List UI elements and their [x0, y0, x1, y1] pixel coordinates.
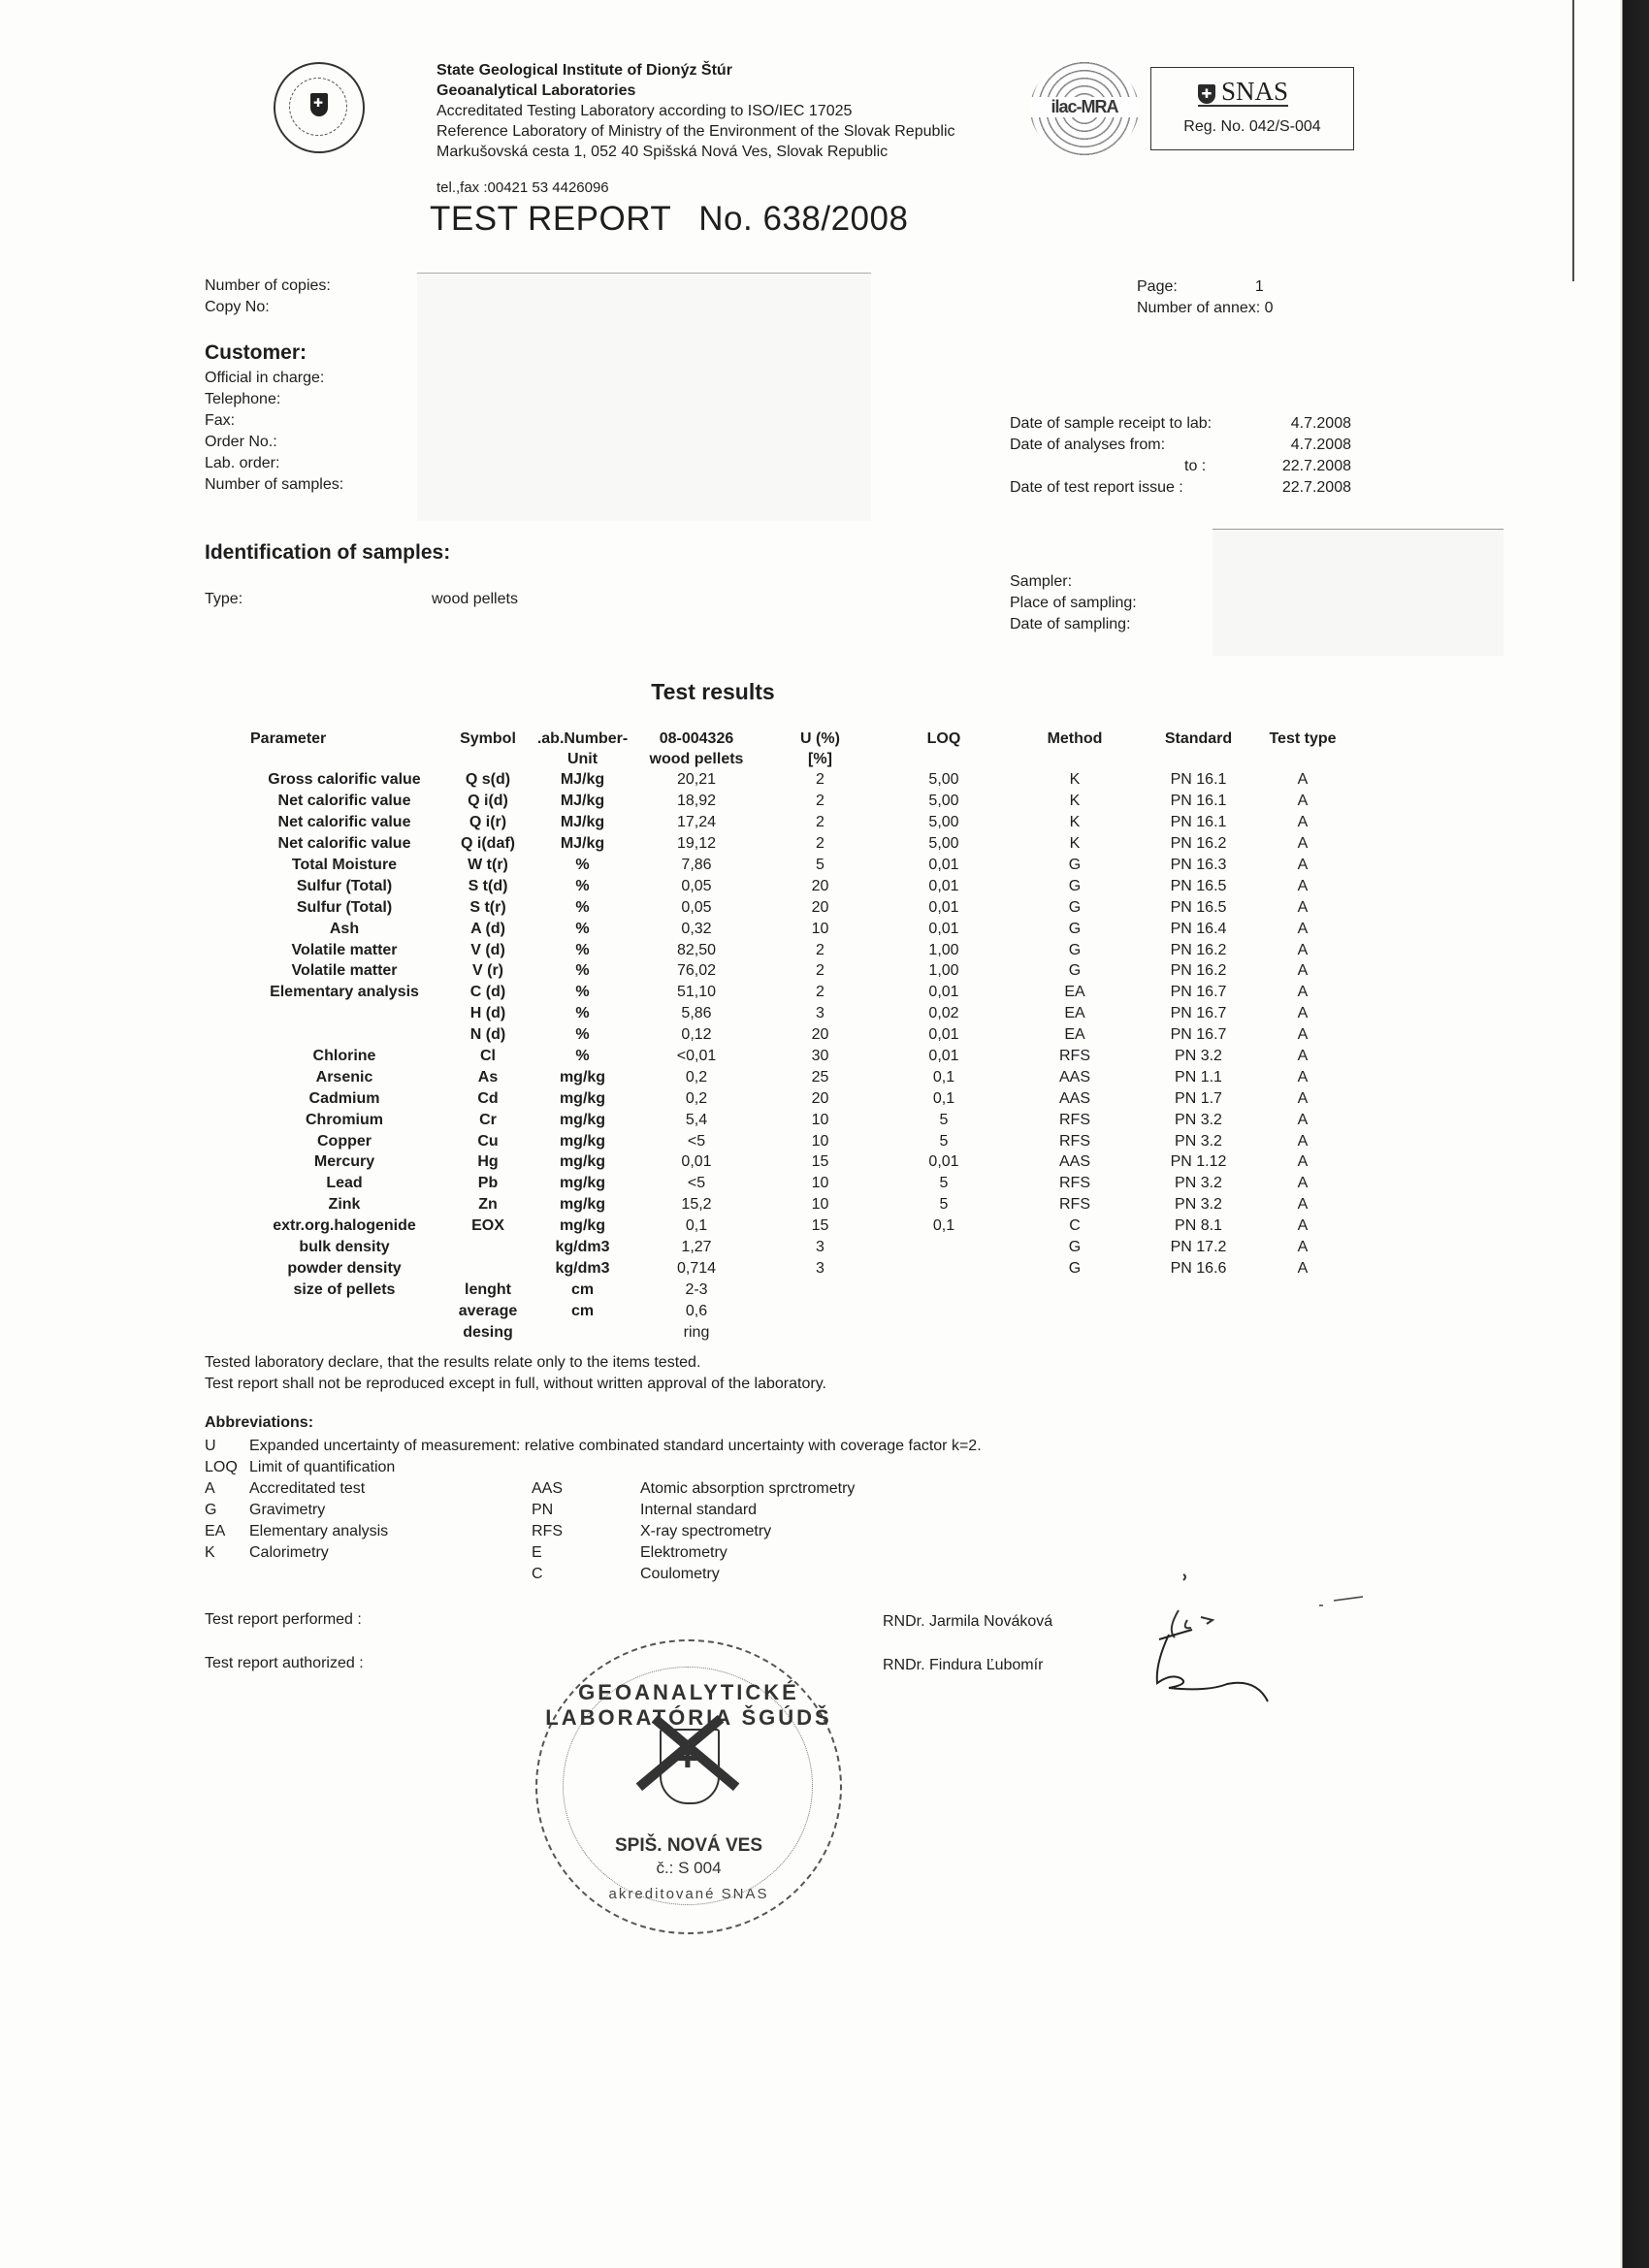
- declaration-line: Tested laboratory declare, that the resu…: [205, 1352, 826, 1374]
- cell-parameter: Total Moisture: [244, 855, 444, 876]
- cell-u: [760, 1279, 881, 1300]
- cell-loq: 1,00: [881, 960, 1007, 982]
- cell-value: 20,21: [633, 769, 760, 791]
- cell-unit: mg/kg: [532, 1066, 633, 1087]
- abbreviation-key: E: [532, 1542, 640, 1564]
- institute-line: Geoanalytical Laboratories: [436, 81, 955, 101]
- cell-value: 0,6: [633, 1300, 760, 1321]
- cell-test-type: A: [1254, 896, 1351, 918]
- snas-reg-number: Reg. No. 042/S-004: [1151, 118, 1353, 136]
- date-label: Date of test report issue :: [1010, 477, 1183, 499]
- cell-standard: PN 1.12: [1143, 1151, 1254, 1173]
- table-header-row: Parameter Symbol .ab.Number-Unit 08-0043…: [244, 729, 1351, 769]
- institute-line: Accreditated Testing Laboratory accordin…: [436, 101, 955, 121]
- date-label: to :: [1010, 456, 1206, 477]
- table-row: Total MoistureW t(r)%7,8650,01GPN 16.3A: [244, 855, 1351, 876]
- cell-method: [1007, 1279, 1143, 1300]
- table-row: CopperCumg/kg<5105RFSPN 3.2A: [244, 1130, 1351, 1151]
- table-row: Gross calorific valueQ s(d)MJ/kg20,2125,…: [244, 769, 1351, 791]
- abbreviation-item: PNInternal standard: [532, 1500, 855, 1521]
- cell-standard: PN 16.1: [1143, 812, 1254, 833]
- table-row: CadmiumCdmg/kg0,2200,1AASPN 1.7A: [244, 1087, 1351, 1109]
- cell-symbol: Q i(d): [444, 791, 532, 812]
- type-label: Type:: [205, 591, 242, 608]
- cell-unit: mg/kg: [532, 1087, 633, 1109]
- sampler-field-label: Sampler:: [1010, 571, 1137, 593]
- cell-u: 25: [760, 1066, 881, 1087]
- institute-seal-icon: [274, 62, 365, 153]
- cell-loq: 5: [881, 1173, 1007, 1194]
- cell-parameter: Net calorific value: [244, 791, 444, 812]
- cell-u: 20: [760, 896, 881, 918]
- cell-loq: 0,1: [881, 1215, 1007, 1237]
- cell-standard: PN 16.6: [1143, 1257, 1254, 1279]
- table-row: size of pelletslenghtcm2-3: [244, 1279, 1351, 1300]
- table-row: Sulfur (Total)S t(r)%0,05200,01GPN 16.5A: [244, 896, 1351, 918]
- cell-method: K: [1007, 769, 1143, 791]
- table-row: H (d)%5,8630,02EAPN 16.7A: [244, 1003, 1351, 1024]
- report-number: No. 638/2008: [698, 200, 908, 238]
- cell-parameter: Chlorine: [244, 1046, 444, 1067]
- ilac-mra-logo-icon: ilac-MRA: [1030, 60, 1139, 157]
- cell-method: G: [1007, 1237, 1143, 1258]
- table-row: ZinkZnmg/kg15,2105RFSPN 3.2A: [244, 1194, 1351, 1215]
- cell-symbol: H (d): [444, 1003, 532, 1024]
- cell-value: 19,12: [633, 833, 760, 855]
- cell-method: AAS: [1007, 1066, 1143, 1087]
- cell-standard: PN 1.1: [1143, 1066, 1254, 1087]
- table-row: AshA (d)%0,32100,01GPN 16.4A: [244, 918, 1351, 939]
- cell-parameter: Arsenic: [244, 1066, 444, 1087]
- cell-test-type: A: [1254, 875, 1351, 896]
- cell-symbol: V (r): [444, 960, 532, 982]
- cell-standard: PN 3.2: [1143, 1046, 1254, 1067]
- cell-unit: mg/kg: [532, 1215, 633, 1237]
- cell-parameter: [244, 1024, 444, 1046]
- cell-value: 17,24: [633, 812, 760, 833]
- redacted-sampler-details: [1212, 529, 1503, 656]
- sampler-field-label: Date of sampling:: [1010, 614, 1137, 635]
- abbreviation-key: K: [205, 1542, 249, 1564]
- cell-value: 5,4: [633, 1109, 760, 1130]
- cell-u: 20: [760, 1024, 881, 1046]
- cell-unit: [532, 1321, 633, 1343]
- cell-symbol: Cu: [444, 1130, 532, 1151]
- cell-standard: PN 16.7: [1143, 1024, 1254, 1046]
- cell-unit: mg/kg: [532, 1194, 633, 1215]
- cell-loq: [881, 1257, 1007, 1279]
- cell-symbol: Q i(daf): [444, 833, 532, 855]
- cell-unit: mg/kg: [532, 1173, 633, 1194]
- cell-value: 0,01: [633, 1151, 760, 1173]
- cell-method: G: [1007, 1257, 1143, 1279]
- cell-value: 0,1: [633, 1215, 760, 1237]
- cell-test-type: A: [1254, 1024, 1351, 1046]
- cell-u: 10: [760, 1130, 881, 1151]
- cell-u: 15: [760, 1215, 881, 1237]
- stamp-city: SPIŠ. NOVÁ VES: [537, 1835, 840, 1857]
- cell-unit: mg/kg: [532, 1109, 633, 1130]
- table-row: MercuryHgmg/kg0,01150,01AASPN 1.12A: [244, 1151, 1351, 1173]
- cell-method: EA: [1007, 982, 1143, 1003]
- cell-method: G: [1007, 896, 1143, 918]
- cell-symbol: Zn: [444, 1194, 532, 1215]
- cell-symbol: A (d): [444, 918, 532, 939]
- cell-value: 0,05: [633, 875, 760, 896]
- abbreviation-text: Coulometry: [640, 1566, 720, 1582]
- cell-u: 2: [760, 791, 881, 812]
- cell-loq: 0,01: [881, 896, 1007, 918]
- cell-loq: 5: [881, 1194, 1007, 1215]
- abbreviation-key: A: [205, 1478, 249, 1500]
- test-results-table: Parameter Symbol .ab.Number-Unit 08-0043…: [244, 729, 1351, 1343]
- abbreviations-right: AASAtomic absorption sprctrometryPNInter…: [532, 1478, 855, 1585]
- cell-unit: kg/dm3: [532, 1237, 633, 1258]
- cell-symbol: Pb: [444, 1173, 532, 1194]
- cell-loq: [881, 1279, 1007, 1300]
- col-method: Method: [1007, 729, 1143, 769]
- scan-artifact-line: [1572, 0, 1574, 281]
- cell-standard: PN 17.2: [1143, 1237, 1254, 1258]
- table-row: bulk densitykg/dm31,273GPN 17.2A: [244, 1237, 1351, 1258]
- institute-header: State Geological Institute of Dionýz Štú…: [436, 60, 955, 162]
- cell-parameter: Elementary analysis: [244, 982, 444, 1003]
- cell-method: K: [1007, 833, 1143, 855]
- cell-test-type: A: [1254, 1215, 1351, 1237]
- cell-standard: [1143, 1321, 1254, 1343]
- cell-loq: [881, 1237, 1007, 1258]
- cell-loq: 0,01: [881, 875, 1007, 896]
- cell-parameter: extr.org.halogenide: [244, 1215, 444, 1237]
- table-row: Volatile matterV (d)%82,5021,00GPN 16.2A: [244, 939, 1351, 960]
- cell-parameter: bulk density: [244, 1237, 444, 1258]
- report-title: TEST REPORTNo. 638/2008: [430, 200, 908, 239]
- cell-symbol: Cd: [444, 1087, 532, 1109]
- cell-u: 2: [760, 939, 881, 960]
- cell-symbol: V (d): [444, 939, 532, 960]
- table-row: ChromiumCrmg/kg5,4105RFSPN 3.2A: [244, 1109, 1351, 1130]
- cell-test-type: A: [1254, 982, 1351, 1003]
- cell-standard: PN 3.2: [1143, 1194, 1254, 1215]
- slovak-coat-of-arms-icon: [660, 1729, 720, 1804]
- abbreviation-key: LOQ: [205, 1457, 249, 1478]
- abbreviations-long: UExpanded uncertainty of measurement: re…: [205, 1436, 982, 1478]
- cell-method: C: [1007, 1215, 1143, 1237]
- cell-parameter: Ash: [244, 918, 444, 939]
- cell-test-type: [1254, 1321, 1351, 1343]
- cell-loq: 0,01: [881, 982, 1007, 1003]
- cell-unit: %: [532, 939, 633, 960]
- abbreviation-text: Accreditated test: [249, 1480, 365, 1497]
- cell-parameter: Lead: [244, 1173, 444, 1194]
- table-row: Volatile matterV (r)%76,0221,00GPN 16.2A: [244, 960, 1351, 982]
- cell-symbol: S t(r): [444, 896, 532, 918]
- abbreviation-text: Limit of quantification: [249, 1459, 395, 1475]
- cell-value: 0,2: [633, 1066, 760, 1087]
- cell-unit: %: [532, 960, 633, 982]
- col-parameter: Parameter: [244, 729, 444, 769]
- cell-value: 76,02: [633, 960, 760, 982]
- cell-method: AAS: [1007, 1151, 1143, 1173]
- cell-test-type: A: [1254, 1109, 1351, 1130]
- cell-symbol: W t(r): [444, 855, 532, 876]
- cell-unit: %: [532, 855, 633, 876]
- cell-standard: PN 3.2: [1143, 1109, 1254, 1130]
- page-info: Page:1 Number of annex: 0: [1137, 276, 1274, 319]
- cell-unit: kg/dm3: [532, 1257, 633, 1279]
- abbreviation-text: X-ray spectrometry: [640, 1523, 771, 1539]
- abbreviation-text: Elektrometry: [640, 1544, 727, 1561]
- cell-method: [1007, 1321, 1143, 1343]
- page-label: Page:: [1137, 278, 1178, 295]
- cell-method: RFS: [1007, 1194, 1143, 1215]
- abbreviation-key: PN: [532, 1500, 640, 1521]
- cell-standard: PN 1.7: [1143, 1087, 1254, 1109]
- cell-unit: %: [532, 1046, 633, 1067]
- test-results-title: Test results: [0, 679, 1426, 705]
- cell-unit: %: [532, 896, 633, 918]
- cell-parameter: [244, 1300, 444, 1321]
- cell-standard: PN 16.7: [1143, 1003, 1254, 1024]
- cell-unit: cm: [532, 1279, 633, 1300]
- cell-parameter: [244, 1321, 444, 1343]
- cell-method: K: [1007, 812, 1143, 833]
- abbreviation-text: Calorimetry: [249, 1544, 329, 1561]
- cell-value: <0,01: [633, 1046, 760, 1067]
- customer-field-label: Lab. order:: [205, 453, 343, 474]
- table-row: Net calorific valueQ i(r)MJ/kg17,2425,00…: [244, 812, 1351, 833]
- cell-u: 2: [760, 982, 881, 1003]
- cell-parameter: Zink: [244, 1194, 444, 1215]
- cell-standard: PN 3.2: [1143, 1130, 1254, 1151]
- cell-method: RFS: [1007, 1130, 1143, 1151]
- cell-test-type: A: [1254, 855, 1351, 876]
- cell-u: 10: [760, 1173, 881, 1194]
- cell-unit: mg/kg: [532, 1130, 633, 1151]
- cell-parameter: Copper: [244, 1130, 444, 1151]
- stamp-number: č.: S 004: [537, 1859, 840, 1878]
- cell-u: 10: [760, 918, 881, 939]
- cell-loq: 5,00: [881, 812, 1007, 833]
- cell-test-type: A: [1254, 918, 1351, 939]
- abbreviation-item: AAccreditated test: [205, 1478, 388, 1500]
- cell-test-type: A: [1254, 1046, 1351, 1067]
- cell-loq: 5,00: [881, 833, 1007, 855]
- cell-parameter: size of pellets: [244, 1279, 444, 1300]
- cell-method: G: [1007, 939, 1143, 960]
- cell-standard: PN 16.1: [1143, 769, 1254, 791]
- date-label: Date of analyses from:: [1010, 435, 1165, 456]
- cell-value: <5: [633, 1173, 760, 1194]
- customer-heading: Customer:: [205, 341, 307, 365]
- cell-parameter: Net calorific value: [244, 812, 444, 833]
- table-row: Elementary analysisC (d)%51,1020,01EAPN …: [244, 982, 1351, 1003]
- cell-value: 15,2: [633, 1194, 760, 1215]
- copy-no-label: Copy No:: [205, 297, 331, 318]
- cell-loq: [881, 1321, 1007, 1343]
- abbreviation-text: Expanded uncertainty of measurement: rel…: [249, 1438, 982, 1454]
- cell-loq: [881, 1300, 1007, 1321]
- abbreviation-item: AASAtomic absorption sprctrometry: [532, 1478, 855, 1500]
- copies-label: Number of copies:: [205, 275, 331, 297]
- laboratory-stamp: GEOANALYTICKÉ LABORATÓRIA ŠGÚDŠ SPIŠ. NO…: [535, 1639, 842, 1934]
- table-row: powder densitykg/dm30,7143GPN 16.6A: [244, 1257, 1351, 1279]
- cell-symbol: average: [444, 1300, 532, 1321]
- cell-test-type: A: [1254, 1237, 1351, 1258]
- cell-value: 0,714: [633, 1257, 760, 1279]
- cell-value: 51,10: [633, 982, 760, 1003]
- cell-symbol: Cr: [444, 1109, 532, 1130]
- institute-line: Reference Laboratory of Ministry of the …: [436, 121, 955, 142]
- stamp-bottom-text: akreditované SNAS: [537, 1886, 840, 1902]
- cell-value: 0,05: [633, 896, 760, 918]
- type-value: wood pellets: [432, 591, 518, 608]
- cell-parameter: Cadmium: [244, 1087, 444, 1109]
- cell-u: [760, 1321, 881, 1343]
- customer-field-label: Telephone:: [205, 389, 343, 410]
- cell-test-type: A: [1254, 812, 1351, 833]
- cell-u: 10: [760, 1109, 881, 1130]
- abbreviation-key: C: [532, 1564, 640, 1585]
- cell-test-type: [1254, 1300, 1351, 1321]
- date-row: Date of sample receipt to lab:4.7.2008: [1010, 413, 1351, 435]
- cell-test-type: A: [1254, 1003, 1351, 1024]
- table-row: Net calorific valueQ i(d)MJ/kg18,9225,00…: [244, 791, 1351, 812]
- cell-value: 18,92: [633, 791, 760, 812]
- col-symbol: Symbol: [444, 729, 532, 769]
- col-standard: Standard: [1143, 729, 1254, 769]
- authorized-label: Test report authorized :: [205, 1655, 364, 1672]
- cell-unit: MJ/kg: [532, 833, 633, 855]
- cell-unit: MJ/kg: [532, 812, 633, 833]
- cell-u: 20: [760, 1087, 881, 1109]
- date-label: Date of sample receipt to lab:: [1010, 413, 1212, 435]
- cell-symbol: Hg: [444, 1151, 532, 1173]
- cell-u: 20: [760, 875, 881, 896]
- cell-u: 2: [760, 960, 881, 982]
- abbreviation-item: RFSX-ray spectrometry: [532, 1521, 855, 1542]
- results-body: Gross calorific valueQ s(d)MJ/kg20,2125,…: [244, 769, 1351, 1343]
- date-value: 22.7.2008: [1282, 477, 1351, 499]
- cell-standard: PN 16.5: [1143, 875, 1254, 896]
- cell-standard: PN 16.2: [1143, 939, 1254, 960]
- scan-edge-shadow: [1620, 0, 1649, 2268]
- cell-method: AAS: [1007, 1087, 1143, 1109]
- cell-parameter: Sulfur (Total): [244, 896, 444, 918]
- date-row: Date of test report issue :22.7.2008: [1010, 477, 1351, 499]
- cell-test-type: A: [1254, 1130, 1351, 1151]
- cell-standard: PN 16.4: [1143, 918, 1254, 939]
- cell-u: 5: [760, 855, 881, 876]
- abbreviation-text: Atomic absorption sprctrometry: [640, 1480, 855, 1497]
- date-row: to :22.7.2008: [1010, 456, 1351, 477]
- sampler-labels: Sampler:Place of sampling:Date of sampli…: [1010, 571, 1137, 635]
- cell-u: 2: [760, 812, 881, 833]
- ilac-label: ilac-MRA: [1030, 97, 1139, 117]
- customer-field-label: Number of samples:: [205, 474, 343, 496]
- table-row: ChlorineCl%<0,01300,01RFSPN 3.2A: [244, 1046, 1351, 1067]
- cell-unit: MJ/kg: [532, 769, 633, 791]
- cell-unit: mg/kg: [532, 1151, 633, 1173]
- cell-symbol: EOX: [444, 1215, 532, 1237]
- cell-standard: PN 8.1: [1143, 1215, 1254, 1237]
- cell-test-type: [1254, 1279, 1351, 1300]
- cell-standard: PN 16.2: [1143, 833, 1254, 855]
- abbreviation-key: U: [205, 1436, 249, 1457]
- performed-name: RNDr. Jarmila Nováková: [883, 1613, 1052, 1631]
- cell-method: G: [1007, 875, 1143, 896]
- slovak-cross-icon: [310, 93, 328, 116]
- cell-u: 2: [760, 833, 881, 855]
- customer-labels: Official in charge:Telephone:Fax:Order N…: [205, 368, 343, 496]
- table-row: Net calorific valueQ i(daf)MJ/kg19,1225,…: [244, 833, 1351, 855]
- stamp-top-text: GEOANALYTICKÉ LABORATÓRIA ŠGÚDŠ: [537, 1680, 840, 1731]
- cell-u: 30: [760, 1046, 881, 1067]
- cell-symbol: Q s(d): [444, 769, 532, 791]
- table-row: LeadPbmg/kg<5105RFSPN 3.2A: [244, 1173, 1351, 1194]
- cell-symbol: C (d): [444, 982, 532, 1003]
- cell-test-type: A: [1254, 1087, 1351, 1109]
- table-row: averagecm0,6: [244, 1300, 1351, 1321]
- authorized-name: RNDr. Findura Ľubomír: [883, 1657, 1043, 1674]
- cell-symbol: lenght: [444, 1279, 532, 1300]
- cell-test-type: A: [1254, 1066, 1351, 1087]
- cell-parameter: Sulfur (Total): [244, 875, 444, 896]
- cell-loq: 0,1: [881, 1087, 1007, 1109]
- cell-test-type: A: [1254, 791, 1351, 812]
- cell-u: 2: [760, 769, 881, 791]
- abbreviations-heading: Abbreviations:: [205, 1414, 313, 1432]
- abbreviation-item: GGravimetry: [205, 1500, 388, 1521]
- performed-label: Test report performed :: [205, 1611, 362, 1629]
- cell-test-type: A: [1254, 939, 1351, 960]
- cell-loq: 5,00: [881, 769, 1007, 791]
- abbreviations-left: AAccreditated testGGravimetryEAElementar…: [205, 1478, 388, 1564]
- dates-block: Date of sample receipt to lab:4.7.2008Da…: [1010, 413, 1351, 499]
- date-value: 22.7.2008: [1282, 456, 1351, 477]
- cell-standard: PN 3.2: [1143, 1173, 1254, 1194]
- cell-method: K: [1007, 791, 1143, 812]
- abbreviation-item: LOQLimit of quantification: [205, 1457, 982, 1478]
- cell-standard: PN 16.1: [1143, 791, 1254, 812]
- cell-loq: 0,02: [881, 1003, 1007, 1024]
- cell-loq: 1,00: [881, 939, 1007, 960]
- institute-line: State Geological Institute of Dionýz Štú…: [436, 60, 955, 81]
- cell-value: 2-3: [633, 1279, 760, 1300]
- shield-icon: ✚: [1198, 84, 1215, 104]
- cell-value: 0,32: [633, 918, 760, 939]
- customer-field-label: Fax:: [205, 410, 343, 432]
- cell-parameter: powder density: [244, 1257, 444, 1279]
- cell-method: G: [1007, 960, 1143, 982]
- annex-label: Number of annex: 0: [1137, 298, 1274, 319]
- cell-standard: [1143, 1300, 1254, 1321]
- col-sample-value: 08-004326wood pellets: [633, 729, 760, 769]
- cell-symbol: Cl: [444, 1046, 532, 1067]
- cell-symbol: As: [444, 1066, 532, 1087]
- cell-standard: [1143, 1279, 1254, 1300]
- abbreviation-key: G: [205, 1500, 249, 1521]
- institute-line: Markušovská cesta 1, 052 40 Spišská Nová…: [436, 142, 955, 162]
- customer-field-label: Official in charge:: [205, 368, 343, 389]
- cell-loq: 5,00: [881, 791, 1007, 812]
- cell-standard: PN 16.7: [1143, 982, 1254, 1003]
- cell-method: EA: [1007, 1024, 1143, 1046]
- declaration-line: Test report shall not be reproduced exce…: [205, 1374, 826, 1395]
- cell-unit: %: [532, 1003, 633, 1024]
- cell-unit: %: [532, 1024, 633, 1046]
- cell-symbol: Q i(r): [444, 812, 532, 833]
